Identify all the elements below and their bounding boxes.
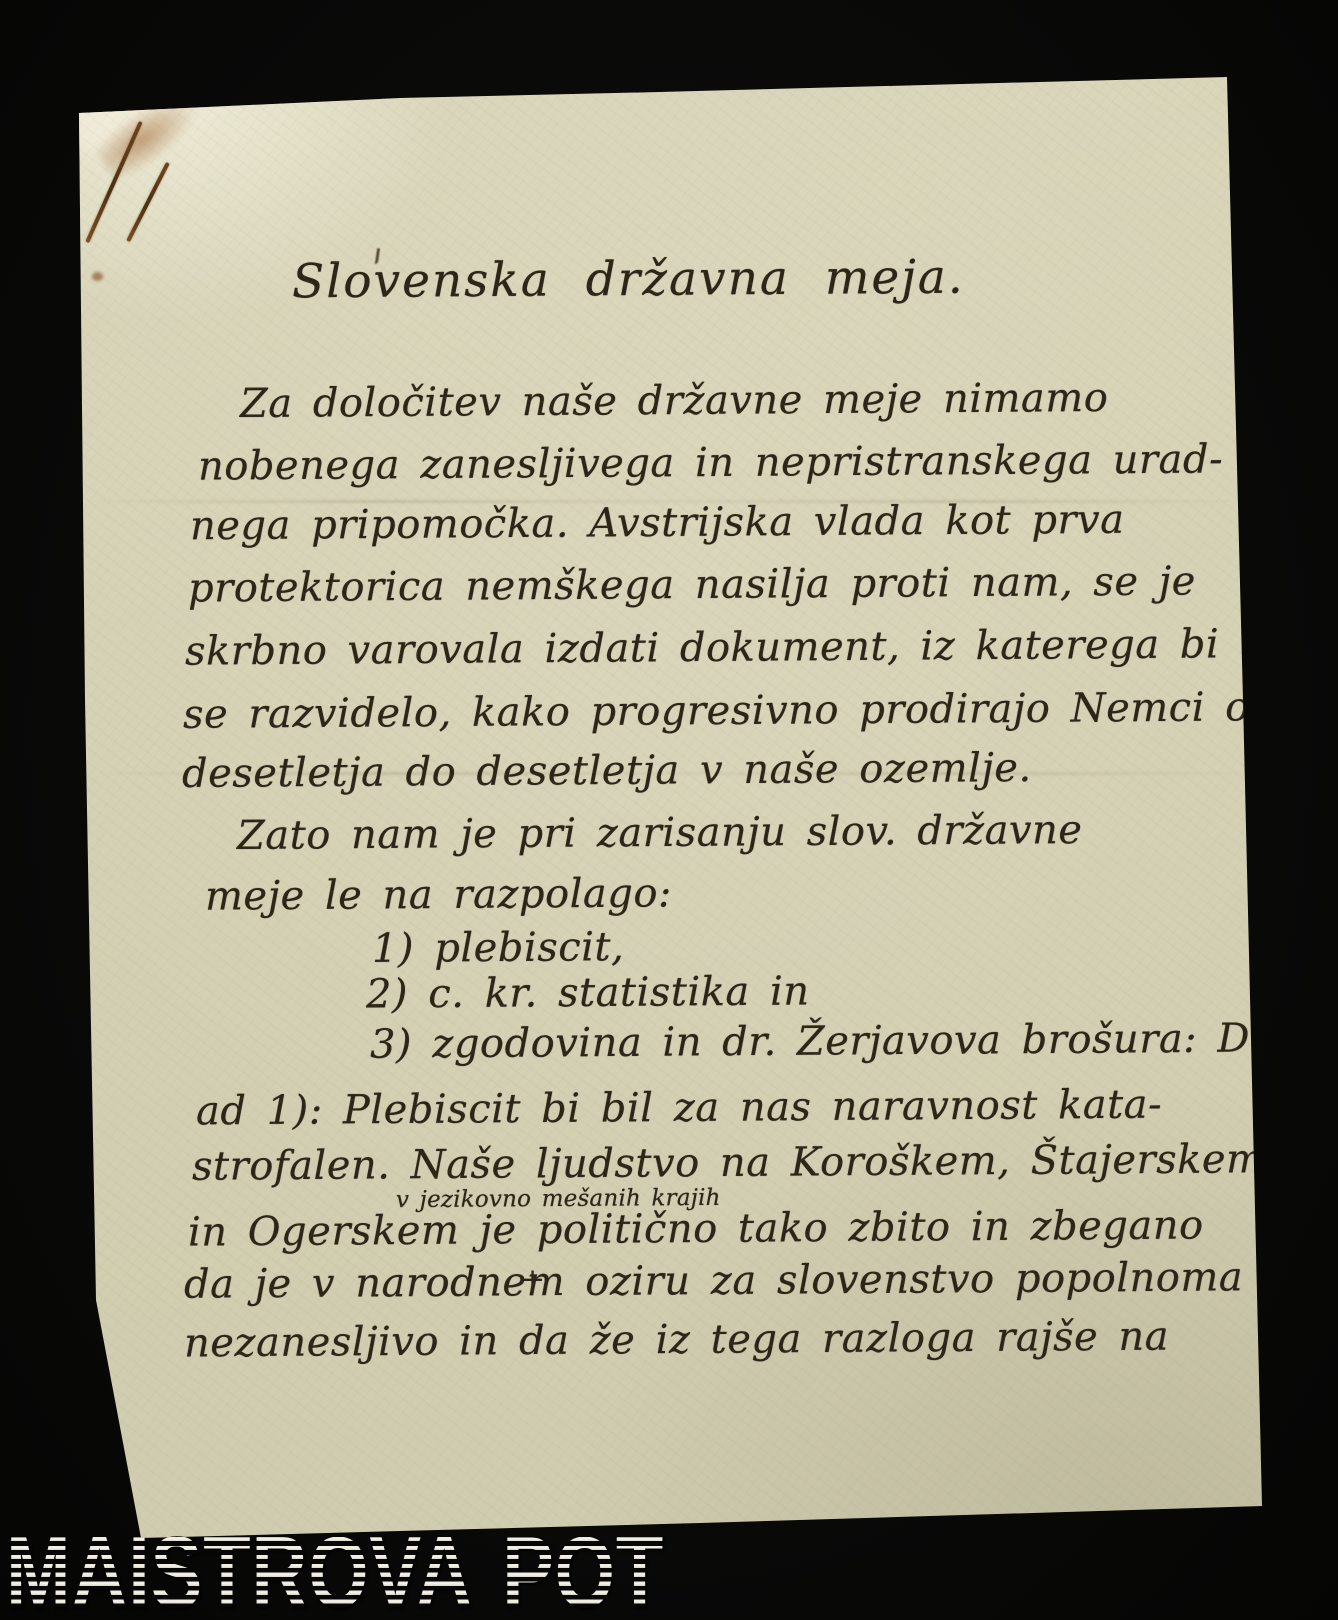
- handwritten-line: nega pripomočka. Avstrijska vlada kot pr…: [190, 497, 1125, 550]
- rust-stain-dot: [92, 272, 103, 281]
- handwritten-line: da je v narodnem oziru za slovenstvo pop…: [184, 1254, 1243, 1307]
- watermark-text-stripes: MAISTROVA POT: [6, 1528, 664, 1617]
- handwritten-list-item: 2) c. kr. statistika in: [366, 968, 810, 1017]
- document-title: Slovenska državna meja.: [292, 250, 965, 310]
- handwritten-line: desetletja do desetletja v naše ozemlje.: [182, 745, 1032, 797]
- handwritten-line: protektorica nemškega nasilja proti nam,…: [188, 558, 1196, 611]
- handwritten-line: se razvidelo, kako progresivno prodirajo…: [183, 684, 1276, 738]
- handwritten-list-item: 1) plebiscit,: [372, 924, 625, 972]
- handwritten-line: strofalen. Naše ljudstvo na Koroškem, Št…: [192, 1136, 1265, 1189]
- handwritten-line: nezanesljivo in da že iz tega razloga ra…: [184, 1314, 1169, 1367]
- paper-sheet: Slovenska državna meja. Za določitev naš…: [0, 0, 1338, 1620]
- handwritten-list-item: 3) zgodovina in dr. Žerjavova brošura: D…: [370, 1014, 1338, 1067]
- rust-stain-smudge: [90, 81, 210, 187]
- handwritten-line: ad 1): Plebiscit bi bil za nas naravnost…: [196, 1082, 1162, 1135]
- scan-background: Slovenska državna meja. Za določitev naš…: [0, 0, 1338, 1620]
- handwritten-line: Za določitev naše državne meje nimamo: [240, 375, 1109, 427]
- handwritten-line: meje le na razpolago:: [205, 870, 672, 919]
- handwritten-line: in Ogerskem je politično tako zbito in z…: [188, 1202, 1204, 1255]
- handwritten-line: nobenega zanesljivega in nepristranskega…: [198, 436, 1223, 489]
- handwritten-line: skrbno varovala izdati dokument, iz kate…: [185, 621, 1220, 674]
- handwritten-line: Zato nam je pri zarisanju slov. državne: [237, 807, 1083, 859]
